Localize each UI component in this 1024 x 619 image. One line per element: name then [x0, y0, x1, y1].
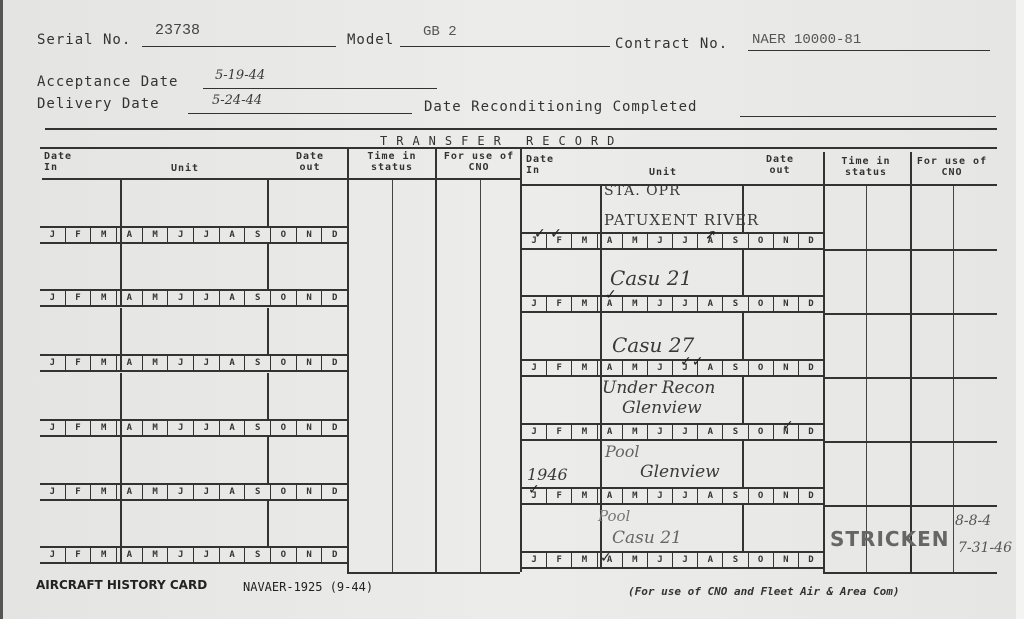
month-box: M [623, 361, 648, 375]
vline-right-status-split [866, 186, 867, 574]
month-box: A [698, 297, 723, 311]
cell-divider [742, 377, 744, 425]
left-cno-header: For use of CNO [439, 151, 519, 173]
vline-left-cno-split [480, 180, 481, 572]
month-box: J [673, 297, 698, 311]
month-box: D [799, 553, 823, 567]
month-box: O [271, 548, 297, 562]
cno-footnote: (For use of CNO and Fleet Air & Area Com… [628, 585, 900, 598]
month-box: J [40, 228, 66, 242]
month-box: A [698, 553, 723, 567]
row-divider [823, 313, 997, 315]
month-box: A [220, 291, 246, 305]
month-box: O [749, 553, 774, 567]
month-box: S [723, 553, 748, 567]
left-time-status-header: Time in status [352, 151, 432, 173]
acceptance-underline [203, 88, 437, 89]
month-box: M [572, 234, 597, 248]
month-box: M [623, 297, 648, 311]
right-unit-header: Unit [618, 167, 708, 178]
month-box: S [245, 485, 271, 499]
month-box: J [648, 553, 673, 567]
month-box: A [117, 485, 143, 499]
month-box: M [623, 234, 648, 248]
entry-4-check-mark: ✓ [782, 418, 794, 434]
entry-5-unit-line1: Pool [605, 442, 640, 461]
month-checkboxes: JFMAMJJASOND [40, 483, 347, 501]
month-box: J [522, 297, 547, 311]
cell-divider [742, 441, 744, 489]
month-box: D [322, 228, 347, 242]
contract-label: Contract No. [615, 36, 728, 52]
month-box: J [168, 548, 194, 562]
delivery-value: 5-24-44 [212, 93, 262, 108]
stricken-stamp: STRICKEN [830, 527, 949, 551]
cell-divider [267, 500, 269, 548]
delivery-label: Delivery Date [37, 96, 160, 112]
card-left-edge [0, 0, 3, 619]
vline-left-cno [435, 147, 437, 572]
month-box: J [40, 548, 66, 562]
entry-6-unit-line2: Casu 21 [612, 528, 682, 548]
month-box: S [723, 489, 748, 503]
month-box: A [220, 548, 246, 562]
month-box: J [194, 548, 220, 562]
right-cno-header: For use of CNO [912, 156, 992, 178]
recond-label: Date Reconditioning Completed [424, 99, 697, 115]
month-box: A [220, 356, 246, 370]
contract-underline [748, 50, 990, 51]
month-box: M [143, 228, 169, 242]
entry-5-unit-line2: Glenview [640, 462, 720, 482]
month-box: M [91, 356, 117, 370]
month-box: O [271, 291, 297, 305]
month-box: A [117, 421, 143, 435]
month-box: J [522, 425, 547, 439]
serial-value: 23738 [155, 22, 200, 39]
entry-4-unit-line2: Glenview [622, 398, 702, 418]
month-box: M [91, 548, 117, 562]
month-box: M [623, 425, 648, 439]
month-box: F [547, 489, 572, 503]
month-box: O [749, 425, 774, 439]
month-box: J [522, 553, 547, 567]
month-box: J [40, 356, 66, 370]
month-box: D [799, 361, 823, 375]
month-box: J [194, 356, 220, 370]
month-box: J [194, 291, 220, 305]
month-box: N [774, 489, 799, 503]
month-box: A [598, 489, 623, 503]
month-box: F [547, 361, 572, 375]
cell-divider [742, 313, 744, 361]
month-box: A [117, 228, 143, 242]
acceptance-label: Acceptance Date [37, 74, 178, 90]
month-box: A [220, 228, 246, 242]
month-box: N [297, 485, 323, 499]
entry-6-check-mark: ✓ [600, 550, 612, 566]
month-box: A [117, 291, 143, 305]
transfer-record-title: TRANSFER RECORD [380, 134, 623, 148]
month-box: N [297, 291, 323, 305]
entry-1-check-marks: ✓ ✓ [534, 226, 562, 242]
rule-top [45, 128, 997, 130]
row-divider [823, 505, 997, 507]
month-box: D [322, 356, 347, 370]
month-box: J [648, 361, 673, 375]
month-box: M [143, 485, 169, 499]
month-box: D [799, 489, 823, 503]
month-box: A [598, 234, 623, 248]
model-label: Model [347, 32, 394, 48]
month-box: M [572, 425, 597, 439]
month-box: J [648, 489, 673, 503]
month-box: J [673, 234, 698, 248]
month-checkboxes: JFMAMJJASOND [522, 295, 823, 313]
month-box: O [749, 489, 774, 503]
month-box: D [799, 297, 823, 311]
month-box: F [66, 356, 92, 370]
month-box: S [723, 234, 748, 248]
month-box: A [220, 485, 246, 499]
month-box: D [322, 548, 347, 562]
month-box: A [117, 548, 143, 562]
month-box: J [194, 485, 220, 499]
month-box: S [245, 291, 271, 305]
month-box: J [673, 425, 698, 439]
month-box: A [598, 425, 623, 439]
month-box: J [168, 356, 194, 370]
month-box: J [194, 228, 220, 242]
month-box: O [749, 297, 774, 311]
month-box: D [322, 291, 347, 305]
month-checkboxes: JFMAMJJASOND [40, 419, 347, 437]
model-value: GB 2 [423, 24, 457, 40]
left-date-in-header: Date In [44, 151, 84, 173]
month-box: J [673, 489, 698, 503]
entry-2-unit: Casu 21 [610, 266, 692, 290]
month-box: A [598, 361, 623, 375]
month-box: O [749, 361, 774, 375]
month-box: J [40, 485, 66, 499]
month-box: O [271, 356, 297, 370]
recond-underline [740, 116, 996, 117]
right-header-bottom [520, 184, 997, 186]
month-box: M [143, 356, 169, 370]
cell-divider [267, 180, 269, 228]
month-box: M [572, 489, 597, 503]
row-divider [823, 441, 997, 443]
month-box: N [774, 553, 799, 567]
entry-6-unit-line1: Pool [598, 507, 630, 525]
month-checkboxes: JFMAMJJASOND [522, 423, 823, 441]
month-checkboxes: JFMAMJJASOND [40, 289, 347, 307]
month-box: J [673, 553, 698, 567]
row-divider [347, 572, 520, 574]
card-title: AIRCRAFT HISTORY CARD [36, 578, 207, 592]
month-box: D [799, 234, 823, 248]
model-underline [400, 46, 610, 47]
cell-divider [267, 243, 269, 291]
serial-underline [142, 46, 336, 47]
month-box: J [648, 234, 673, 248]
month-box: O [271, 228, 297, 242]
month-box: N [774, 297, 799, 311]
month-box: J [40, 421, 66, 435]
month-box: S [723, 297, 748, 311]
month-box: N [297, 356, 323, 370]
month-box: F [66, 228, 92, 242]
vline-left-status [347, 147, 349, 572]
month-box: J [648, 297, 673, 311]
month-checkboxes: JFMAMJJASOND [40, 226, 347, 244]
month-box: M [143, 291, 169, 305]
cell-divider [267, 437, 269, 485]
rule-title-bottom [40, 147, 997, 149]
month-box: N [297, 548, 323, 562]
delivery-underline [188, 113, 412, 114]
row-divider [823, 249, 997, 251]
month-checkboxes: JFMAMJJASOND [40, 546, 347, 564]
month-box: M [572, 297, 597, 311]
month-box: M [91, 421, 117, 435]
serial-label: Serial No. [37, 32, 131, 48]
month-box: S [245, 421, 271, 435]
month-box: N [297, 421, 323, 435]
month-box: F [547, 297, 572, 311]
month-box: M [572, 553, 597, 567]
month-box: N [774, 234, 799, 248]
left-header-bottom [42, 178, 522, 180]
entry-3-check-marks: ✓✓ [680, 354, 703, 370]
month-box: A [698, 489, 723, 503]
month-box: F [547, 553, 572, 567]
month-box: M [91, 228, 117, 242]
vline-left-status-split [392, 180, 393, 572]
month-box: J [168, 291, 194, 305]
row-divider [823, 572, 997, 574]
month-box: J [168, 421, 194, 435]
month-box: D [322, 485, 347, 499]
vline-right-cno [910, 152, 912, 574]
month-box: M [623, 553, 648, 567]
month-box: F [66, 291, 92, 305]
right-date-out-header: Date out [755, 154, 805, 176]
entry-1-unit-line1: STA. OPR [604, 183, 681, 199]
cno-date-2: 7-31-46 [958, 540, 1012, 556]
month-box: D [799, 425, 823, 439]
entry-5-check-mark: ✓ [528, 482, 540, 498]
month-box: D [322, 421, 347, 435]
month-box: A [698, 425, 723, 439]
month-box: J [648, 425, 673, 439]
left-date-out-header: Date out [285, 151, 335, 173]
month-box: N [297, 228, 323, 242]
cell-divider [742, 249, 744, 297]
month-box: S [245, 356, 271, 370]
acceptance-value: 5-19-44 [215, 68, 265, 83]
month-box: F [547, 425, 572, 439]
vline-right-status [823, 152, 825, 574]
month-box: M [143, 421, 169, 435]
row-divider [823, 377, 997, 379]
cell-divider [742, 505, 744, 553]
month-box: J [522, 361, 547, 375]
form-number: NAVAER-1925 (9-44) [243, 580, 373, 594]
month-box: M [572, 361, 597, 375]
month-box: O [271, 485, 297, 499]
month-box: S [723, 361, 748, 375]
right-time-status-header: Time in status [826, 156, 906, 178]
entry-1-unit-line2: PATUXENT RIVER [604, 211, 759, 229]
aircraft-history-card: Serial No. 23738 Model GB 2 Contract No.… [0, 0, 1024, 619]
month-box: F [66, 548, 92, 562]
cell-divider [267, 308, 269, 356]
month-box: S [245, 228, 271, 242]
cell-divider [267, 373, 269, 421]
month-checkboxes: JFMAMJJASOND [40, 354, 347, 372]
month-box: J [40, 291, 66, 305]
entry-1-arrow-mark: ➚ [705, 227, 717, 243]
month-checkboxes: JFMAMJJASOND [522, 232, 823, 250]
month-box: O [271, 421, 297, 435]
contract-value: NAER 10000-81 [752, 32, 861, 48]
card-right-edge [1016, 0, 1024, 619]
month-box: N [774, 361, 799, 375]
month-box: F [66, 421, 92, 435]
month-box: M [91, 291, 117, 305]
month-box: S [723, 425, 748, 439]
month-checkboxes: JFMAMJJASOND [522, 551, 823, 569]
month-box: O [749, 234, 774, 248]
month-box: S [245, 548, 271, 562]
month-box: M [91, 485, 117, 499]
month-box: A [220, 421, 246, 435]
right-date-in-header: Date In [526, 154, 566, 176]
month-checkboxes: JFMAMJJASOND [522, 359, 823, 377]
month-box: M [143, 548, 169, 562]
month-box: J [194, 421, 220, 435]
month-box: A [117, 356, 143, 370]
month-checkboxes: JFMAMJJASOND [522, 487, 823, 505]
month-box: J [168, 485, 194, 499]
entry-2-check-mark: ✓ [605, 287, 617, 303]
month-box: J [168, 228, 194, 242]
vline-right-cno-split [953, 186, 954, 574]
cno-date-1: 8-8-4 [955, 513, 991, 529]
left-unit-header: Unit [150, 163, 220, 174]
month-box: F [66, 485, 92, 499]
entry-4-unit-line1: Under Recon [602, 378, 715, 398]
month-box: M [623, 489, 648, 503]
